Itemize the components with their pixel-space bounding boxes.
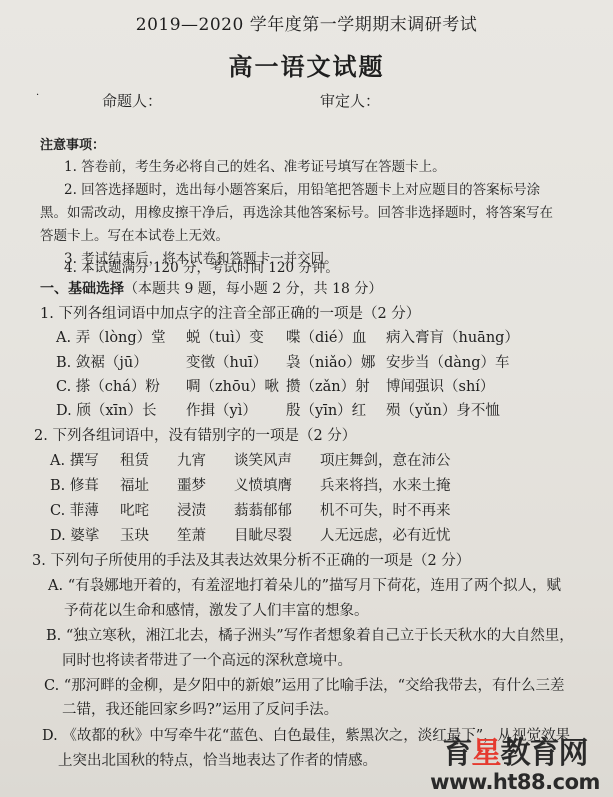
option-cell: 作揖（yì）	[186, 399, 257, 420]
option-cell: 浸渍	[177, 499, 206, 520]
option-cell: 攒（zǎn）射	[286, 375, 370, 396]
option-cell: 租赁	[120, 449, 149, 470]
notes-heading: 注意事项：	[40, 134, 105, 153]
exam-year-heading: 2019—2020 学年度第一学期期末调研考试	[0, 10, 613, 35]
option-cell: 殷（yīn）红	[286, 399, 366, 420]
question-stem: 3. 下列句子所使用的手法及其表达效果分析不正确的一项是（2 分）	[32, 549, 470, 570]
option-line: A. “有袅娜地开着的，有羞涩地打着朵儿的”描写月下荷花，连用了两个拟人，赋	[48, 574, 561, 595]
option-cell: 福址	[120, 474, 149, 495]
option-cell: 九宵	[177, 449, 206, 470]
question-stem: 2. 下列各组词语中，没有错别字的一项是（2 分）	[34, 424, 356, 445]
option-cell: 噩梦	[177, 474, 206, 495]
option-cell: 蓊蓊郁郁	[234, 499, 292, 520]
option-cell: A. 撰写	[50, 449, 99, 470]
option-cell: 玉玦	[120, 524, 149, 545]
option-cell: A. 弄（lòng）堂	[56, 326, 166, 347]
option-cell: 叱咤	[120, 499, 149, 520]
option-cell: 人无远虑，必有近忧	[320, 524, 451, 545]
option-cell: 兵来将挡，水来土掩	[320, 474, 451, 495]
option-cell: 啁（zhōu）啾	[186, 375, 279, 396]
note-item: 黑。如需改动，用橡皮擦干净后，再选涂其他答案标号。回答非选择题时，将答案写在	[40, 201, 553, 221]
option-cell: 项庄舞剑，意在沛公	[320, 449, 451, 470]
option-cell: B. 修葺	[50, 474, 99, 495]
note-item: 4. 本试题满分 120 分，考试时间 120 分钟。	[64, 256, 339, 276]
option-cell: 机不可失，时不再来	[320, 499, 451, 520]
question-stem: 1. 下列各组词语中加点字的注音全部正确的一项是（2 分）	[40, 302, 420, 323]
option-line-cont: 同时也将读者带进了一个高远的深秋意境中。	[62, 649, 352, 670]
section-detail: （本题共 9 题，每小题 2 分，共 18 分）	[124, 281, 382, 297]
option-cell: C. 菲薄	[50, 499, 99, 520]
reviewer-label: 审定人：	[320, 90, 380, 111]
note-item: 1. 答卷前，考生务必将自己的姓名、准考证号填写在答题卡上。	[64, 155, 446, 175]
setter-label: 命题人：	[102, 90, 162, 111]
stray-mark: ·	[36, 90, 39, 101]
watermark-accent-char: 星	[472, 736, 501, 771]
section-heading: 一、基础选择（本题共 9 题，每小题 2 分，共 18 分）	[40, 278, 382, 298]
option-cell: 病入膏肓（huāng）	[386, 326, 519, 347]
option-cell: 目眦尽裂	[234, 524, 292, 545]
option-cell: 殒（yǔn）身不恤	[386, 399, 500, 420]
watermark-name: 育星教育网	[420, 738, 610, 770]
option-line-cont: 予荷花以生命和感情，激发了人们丰富的想象。	[64, 599, 369, 620]
section-title: 一、基础选择	[40, 281, 124, 297]
watermark-logo: 育星教育网 www.ht88.com	[420, 738, 610, 794]
exam-title: 高一语文试题	[0, 47, 613, 82]
option-cell: 袅（niǎo）娜	[286, 351, 375, 372]
exam-page: 2019—2020 学年度第一学期期末调研考试 高一语文试题 · 命题人： 审定…	[0, 0, 613, 797]
option-cell: 谈笑风声	[234, 449, 292, 470]
note-item: 2. 回答选择题时，选出每小题答案后，用铅笔把答题卡上对应题目的答案标号涂	[64, 178, 540, 198]
option-line: B. “独立寒秋，湘江北去，橘子洲头”写作者想象着自己立于长天秋水的大自然里，	[46, 624, 574, 645]
option-cell: 变徵（huī）	[186, 351, 267, 372]
option-cell: B. 敛裾（jū）	[56, 351, 148, 372]
option-cell: 博闻强识（shí）	[386, 375, 494, 396]
option-cell: 笙萧	[177, 524, 206, 545]
watermark-url: www.ht88.com	[420, 770, 610, 794]
option-cell: 蜕（tuì）变	[186, 326, 264, 347]
option-cell: D. 婆挲	[50, 524, 99, 545]
option-cell: 义愤填膺	[234, 474, 292, 495]
option-cell: 喋（dié）血	[286, 326, 367, 347]
note-item: 答题卡上。写在本试卷上无效。	[40, 224, 229, 244]
option-line: C. “那河畔的金柳，是夕阳中的新娘”运用了比喻手法，“交给我带去，有什么三差	[44, 674, 565, 695]
option-line-cont: 二错，我还能回家乡吗?”运用了反问手法。	[62, 698, 338, 719]
option-cell: C. 搽（chá）粉	[56, 375, 160, 396]
option-line-cont: 上突出北国秋的特点，恰当地表达了作者的情感。	[58, 749, 377, 770]
option-cell: D. 颀（xīn）长	[56, 399, 156, 420]
option-cell: 安步当（dàng）车	[386, 351, 510, 372]
